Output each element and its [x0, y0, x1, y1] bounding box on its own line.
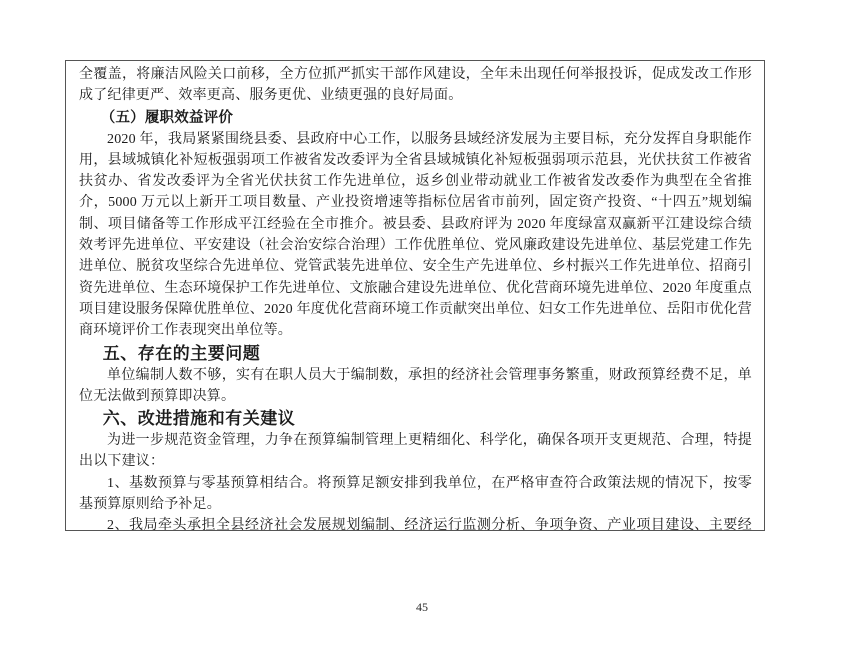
- heading-main-problems: 五、存在的主要问题: [79, 342, 752, 365]
- paragraph-advice-item-1: 1、基数预算与零基预算相结合。将预算足额安排到我单位，在严格审查符合政策法规的情…: [79, 473, 752, 516]
- paragraph-2020-achievements: 2020 年，我局紧紧围绕县委、县政府中心工作，以服务县域经济发展为主要目标，充…: [79, 129, 752, 342]
- document-page: 全覆盖，将廉洁风险关口前移，全方位抓严抓实干部作风建设，全年未出现任何举报投诉，…: [0, 0, 844, 652]
- paragraph-discipline-conclusion: 全覆盖，将廉洁风险关口前移，全方位抓严抓实干部作风建设，全年未出现任何举报投诉，…: [79, 64, 752, 107]
- page-number: 45: [0, 600, 844, 615]
- heading-improvement-measures: 六、改进措施和有关建议: [79, 407, 752, 430]
- paragraph-staffing-problem: 单位编制人数不够，实有在职人员大于编制数，承担的经济社会管理事务繁重，财政预算经…: [79, 365, 752, 408]
- heading-performance-benefit-evaluation: （五）履职效益评价: [79, 107, 752, 129]
- report-table-cell: 全覆盖，将廉洁风险关口前移，全方位抓严抓实干部作风建设，全年未出现任何举报投诉，…: [65, 60, 765, 531]
- paragraph-advice-item-2: 2、我局牵头承担全县经济社会发展规划编制、经济运行监测分析、争项争资、产业项目建…: [79, 515, 752, 531]
- paragraph-advice-intro: 为进一步规范资金管理，力争在预算编制管理上更精细化、科学化，确保各项开支更规范、…: [79, 430, 752, 473]
